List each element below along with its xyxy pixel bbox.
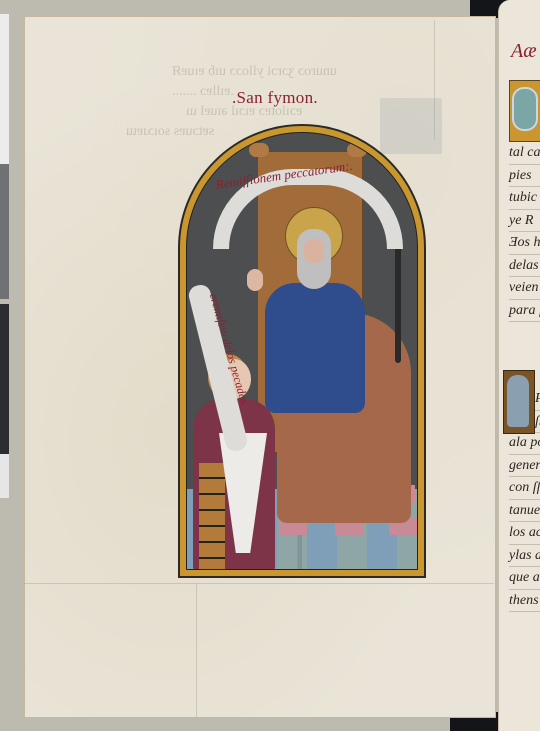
text-line: ye R	[509, 210, 540, 233]
saint-raised-hand	[247, 269, 263, 291]
decorated-initial-bottom	[503, 370, 535, 434]
text-line: con ſſe l	[509, 477, 540, 500]
throne-finial-right	[347, 143, 367, 157]
initial-letter-glyph	[507, 375, 529, 427]
facing-text-block-bottom-head: Po ſhy	[535, 388, 540, 433]
text-line: pies	[509, 165, 540, 188]
text-line: tal ca	[509, 142, 540, 165]
text-line: los acto	[509, 522, 540, 545]
rubric-title: .San fymon.	[232, 88, 318, 108]
color-card-grey-patch	[0, 164, 9, 299]
color-card-white-patch	[0, 14, 9, 164]
donor-striped-underskirt	[199, 463, 225, 570]
facing-page: Aæ tal ca pies tubic ye R Ǝos h delas l …	[498, 0, 540, 731]
bleed-through-text-line: unuroɔ ʒɔrɔi ylloɔɔ uıɓ ɐıuɐЯ	[172, 64, 337, 80]
color-calibration-card	[0, 14, 9, 498]
facing-text-block-top: tal ca pies tubic ye R Ǝos h delas l vei…	[509, 142, 540, 322]
text-line: que ai	[509, 567, 540, 590]
miniature-painting: Remiſſionem peccatorum:. eremiſsio delos…	[178, 124, 426, 578]
color-card-light-patch	[0, 454, 9, 498]
decorated-initial-top	[509, 80, 540, 142]
facing-text-block-bottom: ala po generar con ſſe l tanuen los acto…	[509, 432, 540, 612]
text-line: veien	[509, 277, 540, 300]
ruling-line-vertical	[196, 583, 197, 718]
text-line: tubic	[509, 187, 540, 210]
bleed-through-text-line: .ɐıllɐɔ .......	[172, 84, 234, 100]
text-line: delas l	[509, 255, 540, 278]
text-line: ala po	[509, 432, 540, 455]
bleed-through-initial	[380, 98, 442, 154]
text-line: thens y	[509, 590, 540, 613]
facing-page-heading: Aæ	[511, 40, 537, 63]
bleed-through-text-line: sɐtɔuɐs soıɔɹɐɯ	[126, 124, 214, 140]
ruling-line-horizontal	[24, 583, 494, 584]
color-card-black-patch	[0, 304, 9, 454]
text-line: para ſc	[509, 300, 540, 323]
saint-robe	[265, 283, 365, 413]
text-line: generar	[509, 455, 540, 478]
miniature-frame-interior: Remiſſionem peccatorum:. eremiſsio delos…	[186, 132, 418, 570]
text-line: ylas aſ	[509, 545, 540, 568]
saw-attribute	[395, 233, 401, 363]
text-line: Ǝos h	[509, 232, 540, 255]
text-line: Po	[535, 388, 540, 411]
initial-letter-glyph	[512, 87, 538, 131]
throne-finial-left	[249, 143, 269, 157]
text-line: tanuen	[509, 500, 540, 523]
text-line: ſhy	[535, 411, 540, 434]
